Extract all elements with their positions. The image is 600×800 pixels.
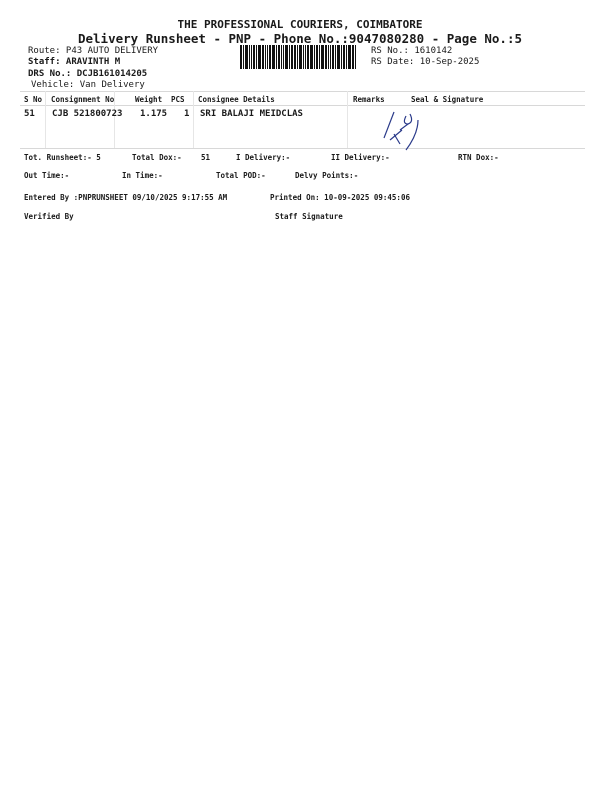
total-dox-label: Total Dox:- xyxy=(132,153,182,162)
header-seal-signature: Seal & Signature xyxy=(411,95,483,104)
header-pcs: PCS xyxy=(171,95,185,104)
table-header-border xyxy=(20,105,585,106)
cell-pcs: 1 xyxy=(184,109,189,119)
out-time: Out Time:- xyxy=(24,171,69,180)
header-sno: S No xyxy=(24,95,42,104)
in-time: In Time:- xyxy=(122,171,163,180)
header-consignee-details: Consignee Details xyxy=(198,95,275,104)
cell-consignee: SRI BALAJI MEIDCLAS xyxy=(200,109,303,119)
ii-delivery: II Delivery:- xyxy=(331,153,390,162)
verified-by: Verified By xyxy=(24,212,74,221)
handwritten-signature xyxy=(380,108,430,153)
tot-runsheet: Tot. Runsheet:- 5 xyxy=(24,153,101,162)
header-remarks: Remarks xyxy=(353,95,385,104)
cell-weight: 1.175 xyxy=(140,109,167,119)
printed-on: Printed On: 10-09-2025 09:45:06 xyxy=(270,193,410,202)
staff: Staff: ARAVINTH M xyxy=(28,57,120,67)
header-weight: Weight xyxy=(135,95,162,104)
company-title: THE PROFESSIONAL COURIERS, COIMBATORE xyxy=(0,18,600,31)
rs-date: RS Date: 10-Sep-2025 xyxy=(371,57,479,67)
route: Route: P43 AUTO DELIVERY xyxy=(28,46,158,56)
total-dox-value: 51 xyxy=(201,153,210,162)
table-top-border xyxy=(20,91,585,92)
staff-signature: Staff Signature xyxy=(275,212,343,221)
vehicle: Vehicle: Van Delivery xyxy=(31,80,145,90)
entered-by: Entered By :PNPRUNSHEET 09/10/2025 9:17:… xyxy=(24,193,227,202)
cell-consignment-no: CJB 521800723 xyxy=(52,109,122,119)
rtn-dox: RTN Dox:- xyxy=(458,153,499,162)
col-divider xyxy=(347,91,348,148)
runsheet-subtitle: Delivery Runsheet - PNP - Phone No.:9047… xyxy=(0,31,600,46)
barcode xyxy=(240,45,368,69)
col-divider xyxy=(45,91,46,148)
drs-number: DRS No.: DCJB161014205 xyxy=(28,69,147,79)
table-bottom-border xyxy=(20,148,585,149)
header-consignment-no: Consignment No xyxy=(51,95,114,104)
i-delivery: I Delivery:- xyxy=(236,153,290,162)
cell-sno: 51 xyxy=(24,109,35,119)
delvy-points: Delvy Points:- xyxy=(295,171,358,180)
total-pod: Total POD:- xyxy=(216,171,266,180)
rs-number: RS No.: 1610142 xyxy=(371,46,452,56)
col-divider xyxy=(193,91,194,148)
